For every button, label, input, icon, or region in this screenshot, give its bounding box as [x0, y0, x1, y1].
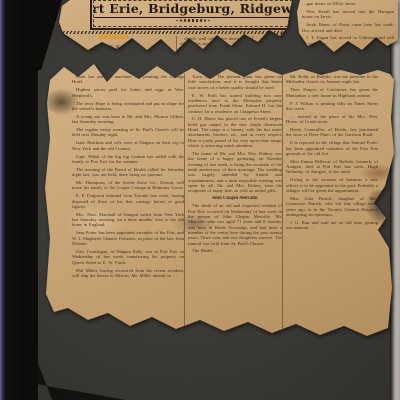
album-spine	[0, 0, 38, 400]
masthead-box: Fort Erie, Bridgeburg, Ridgeway.	[90, 0, 294, 30]
clipping-paragraph: Mr. Thompson, of the Jewett Stove Co., D…	[72, 180, 184, 191]
clipping-paragraph: Owing to the increase of business a new …	[286, 177, 378, 193]
masthead-title: Fort Erie, Bridgeburg, Ridgeway.	[93, 3, 293, 18]
clipping-paragraph: A young son was born to Mr. and Mrs. Mor…	[72, 114, 184, 125]
main-col2-top: Town Hall. The present plant has given n…	[188, 74, 282, 194]
clipping-paragraph: Town Hall. The present plant has given n…	[188, 74, 282, 90]
clipping-paragraph: The regular vestry meeting of St. Paul's…	[72, 127, 184, 138]
clipping-paragraph: E. W. Frith has started building two new…	[188, 93, 282, 114]
clipping-paragraph: Sam Porter has been appointed caretaker …	[72, 230, 184, 246]
clipping-paragraph: Henry Cranmiller, of Berlin, has purchas…	[286, 127, 378, 138]
clipping-paragraph: It is reported in the village that Samue…	[286, 140, 378, 156]
flourish-ornament-icon	[176, 19, 210, 22]
section-heading: FORT ERIE.	[94, 45, 137, 51]
clipping-paragraph: J. G. Barr and staff are on full time, g…	[286, 220, 378, 231]
clipping-paragraph: Wm. Kerall has moved into the Harrigan h…	[302, 9, 394, 20]
main-col2-bottom: The death of an old and respected reside…	[188, 203, 282, 254]
clipping-paragraph: Capt. Walsh of the big tug Grattan has s…	[72, 154, 184, 165]
clipping-paragraph: The death of an old and respected reside…	[188, 203, 282, 246]
highlight-mark	[98, 34, 128, 39]
main-col-1: Paint has put the machines for painting …	[72, 74, 184, 330]
clipping-paragraph: Geo. Crutchigan, of Niagara Falls, was i…	[72, 249, 184, 265]
clipping-paragraph: P. J. Wilson is printing bills on Times …	[286, 101, 378, 112]
clipping-topright-wrapper: …gan house on Elliot street.Wm. Kerall h…	[297, 0, 398, 58]
clipping-paragraph: Highest prices paid for butter and eggs …	[72, 87, 184, 98]
clipping-paragraph: … Gilmore, and will … early date.	[256, 36, 290, 52]
clipping-paragraph: Phil Miller, having recovered from his r…	[72, 268, 184, 279]
clipping-paragraph: Miss Julia Patrick, daughter of Mrs. Con…	[286, 196, 378, 217]
clipping-paragraph: Thos. Draper, of Colchester, has given t…	[286, 87, 378, 98]
clipping-paragraph: J. T. Fagan has moved to Gilmore, and wi…	[302, 35, 394, 46]
clipping-paragraph: A quantity of … of Fort Erie …	[180, 49, 252, 54]
clipping-topright: …gan house on Elliot street.Wm. Kerall h…	[297, 0, 398, 58]
clipping-paragraph: The Model …	[188, 248, 282, 253]
clipping-main-wrapper: Paint has put the machines for painting …	[44, 58, 394, 340]
clipping-paragraph: … arrived at the place of his Mrs. Wm. H…	[286, 114, 378, 125]
clipping-paragraph: The home of Mr. and Mrs. Wm. Kidney was …	[188, 151, 282, 194]
clipping-main: Paint has put the machines for painting …	[44, 58, 394, 340]
clipping-paragraph: C. H. Harris has placed one of Jewett's …	[188, 116, 282, 148]
main-col-2: Town Hall. The present plant has given n…	[184, 74, 282, 330]
obituary-heading: John Chapin Metcalfe.	[188, 196, 282, 201]
main-col-3: Mr. Robb, of Buffalo, was the preacher i…	[282, 74, 378, 330]
album-corner-shadow-bottom	[36, 358, 126, 400]
scrapbook-photo[interactable]: Fort Erie, Bridgeburg, Ridgeway. FORT ER…	[0, 0, 400, 400]
clipping-paragraph: Miss Emma Bellevat, of Buffalo, formerly…	[286, 159, 378, 175]
clipping-paragraph: The ferry Hope is being overhauled and p…	[72, 101, 184, 112]
clipping-paragraph: Jacob Bauer, of Porta, came here last we…	[302, 22, 394, 33]
clipping-paragraph: Paint has put the machines for painting …	[72, 74, 184, 85]
clipping-paragraph: Mrs. Thos. Marshall of Amigari sailed fr…	[72, 212, 184, 228]
topright-text: …gan house on Elliot street.Wm. Kerall h…	[302, 1, 394, 49]
zigzag-rule	[60, 31, 290, 34]
clipping-paragraph: Isaac Hawkins and wife were at Niagara o…	[72, 140, 184, 151]
clipping-paragraph: E. P. Ferguson returned from Toronto las…	[72, 193, 184, 209]
masthead-box-inner: Fort Erie, Bridgeburg, Ridgeway.	[93, 0, 293, 27]
clipping-paragraph: The meeting of the Board of Health calle…	[72, 167, 184, 178]
clipping-paragraph: Mr. Robb, of Buffalo, was the preacher i…	[286, 74, 378, 85]
clipping-paragraph: …gan house on Elliot street.	[302, 1, 394, 6]
clipping-paragraph: church wall which are down in the villag…	[180, 36, 252, 47]
